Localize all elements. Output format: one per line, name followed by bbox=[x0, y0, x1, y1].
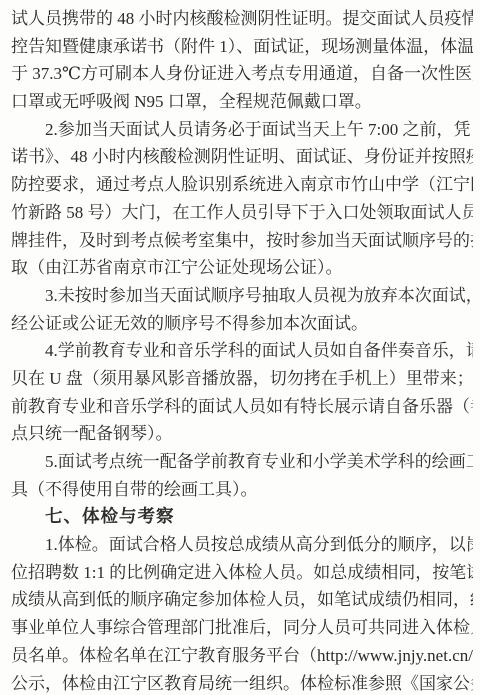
document-line: 员名单。体检名单在江宁教育服务平台（http://www.jnjy.net.cn… bbox=[11, 642, 473, 670]
document-line: 4.学前教育专业和音乐学科的面试人员如自备伴奏音乐，请拷 bbox=[11, 337, 473, 365]
document-line: 事业单位人事综合管理部门批准后，同分人员可共同进入体检人 bbox=[11, 614, 473, 642]
document-line: 口罩或无呼吸阀 N95 口罩，全程规范佩戴口罩。 bbox=[11, 88, 473, 116]
document-line: 于 37.3℃方可刷本人身份证进入考点专用通道，自备一次性医用 bbox=[11, 60, 473, 88]
document-line: 3.未按时参加当天面试顺序号抽取人员视为放弃本次面试，未 bbox=[11, 282, 473, 310]
document-line: 取（由江苏省南京市江宁公证处现场公证）。 bbox=[11, 254, 473, 282]
document-line: 试人员携带的 48 小时内核酸检测阴性证明。提交面试人员疫情防 bbox=[11, 5, 473, 33]
document-line: 防控要求，通过考点人脸识别系统进入南京市竹山中学（江宁区 bbox=[11, 171, 473, 199]
document-line: 诺书》、48 小时内核酸检测阴性证明、面试证、身份证并按照疫情 bbox=[11, 143, 473, 171]
document-line: 公示，体检由江宁区教育局统一组织。体检标准参照《国家公务 bbox=[11, 670, 473, 695]
document-line: 牌挂件，及时到考点候考室集中，按时参加当天面试顺序号的抽 bbox=[11, 227, 473, 255]
document-line: 经公证或公证无效的顺序号不得参加本次面试。 bbox=[11, 310, 473, 338]
document-line: 2.参加当天面试人员请务必于面试当天上午 7:00 之前，凭《承 bbox=[11, 116, 473, 144]
document-line: 成绩从高到低的顺序确定参加体检人员，如笔试成绩仍相同，经 bbox=[11, 586, 473, 614]
section-heading: 七、体检与考察 bbox=[11, 503, 473, 531]
document-line: 点只统一配备钢琴）。 bbox=[11, 420, 473, 448]
document-line: 1.体检。面试合格人员按总成绩从高分到低分的顺序，以岗 bbox=[11, 531, 473, 559]
document-line: 5.面试考点统一配备学前教育专业和小学美术学科的绘画工 bbox=[11, 448, 473, 476]
document-line: 前教育专业和音乐学科的面试人员如有特长展示请自备乐器（考 bbox=[11, 393, 473, 421]
document-line: 位招聘数 1:1 的比例确定进入体检人员。如总成绩相同，按笔试 bbox=[11, 559, 473, 587]
document-line: 控告知暨健康承诺书（附件 1）、面试证，现场测量体温，体温低 bbox=[11, 33, 473, 61]
document-line: 贝在 U 盘（须用暴风影音播放器，切勿拷在手机上）里带来；学 bbox=[11, 365, 473, 393]
document-page: 试人员携带的 48 小时内核酸检测阴性证明。提交面试人员疫情防 控告知暨健康承诺… bbox=[0, 0, 480, 695]
document-line: 具（不得使用自带的绘画工具）。 bbox=[11, 476, 473, 504]
document-line: 竹新路 58 号）大门，在工作人员引导下于入口处领取面试人员胸 bbox=[11, 199, 473, 227]
